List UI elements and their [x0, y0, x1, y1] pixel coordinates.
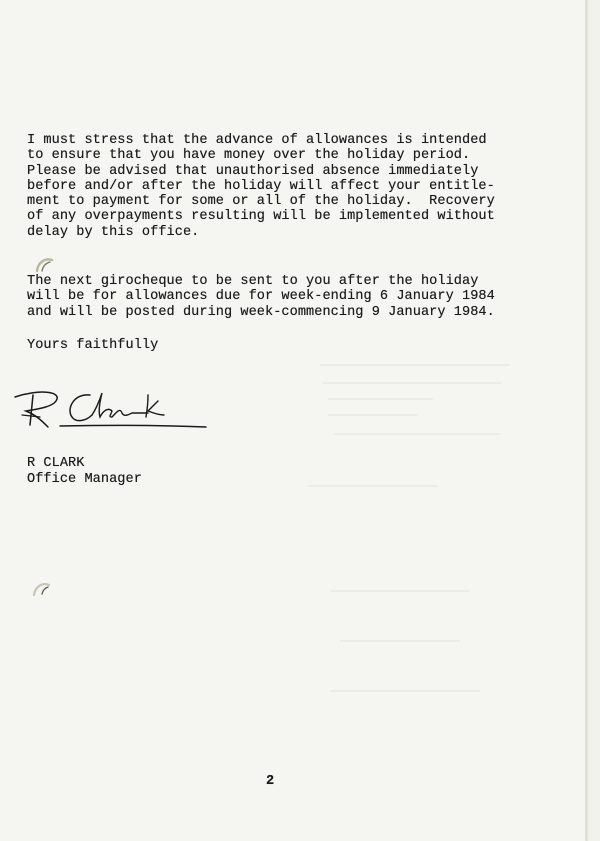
body-paragraph-advance-of-allowances: I must stress that the advance of allowa… [27, 133, 495, 240]
letter-closing: Yours faithfully [27, 338, 158, 353]
bleed-through-line [330, 690, 480, 692]
bleed-through-line [334, 433, 500, 435]
bleed-through-line [330, 590, 470, 592]
handwritten-signature: R Clark [8, 385, 208, 435]
signer-name: R CLARK [27, 456, 84, 471]
bleed-through-line [322, 382, 502, 384]
bleed-through-line [340, 640, 460, 642]
body-paragraph-next-girocheque: The next girocheque to be sent to you af… [27, 274, 495, 320]
bleed-through-line [308, 485, 438, 487]
signer-title: Office Manager [27, 472, 142, 487]
page-background-strip [588, 0, 600, 841]
bleed-through-line [328, 414, 418, 416]
punch-hole-mark-icon [30, 577, 54, 601]
page-number: 2 [266, 774, 274, 789]
bleed-through-line [328, 398, 433, 400]
bleed-through-line [320, 364, 510, 366]
